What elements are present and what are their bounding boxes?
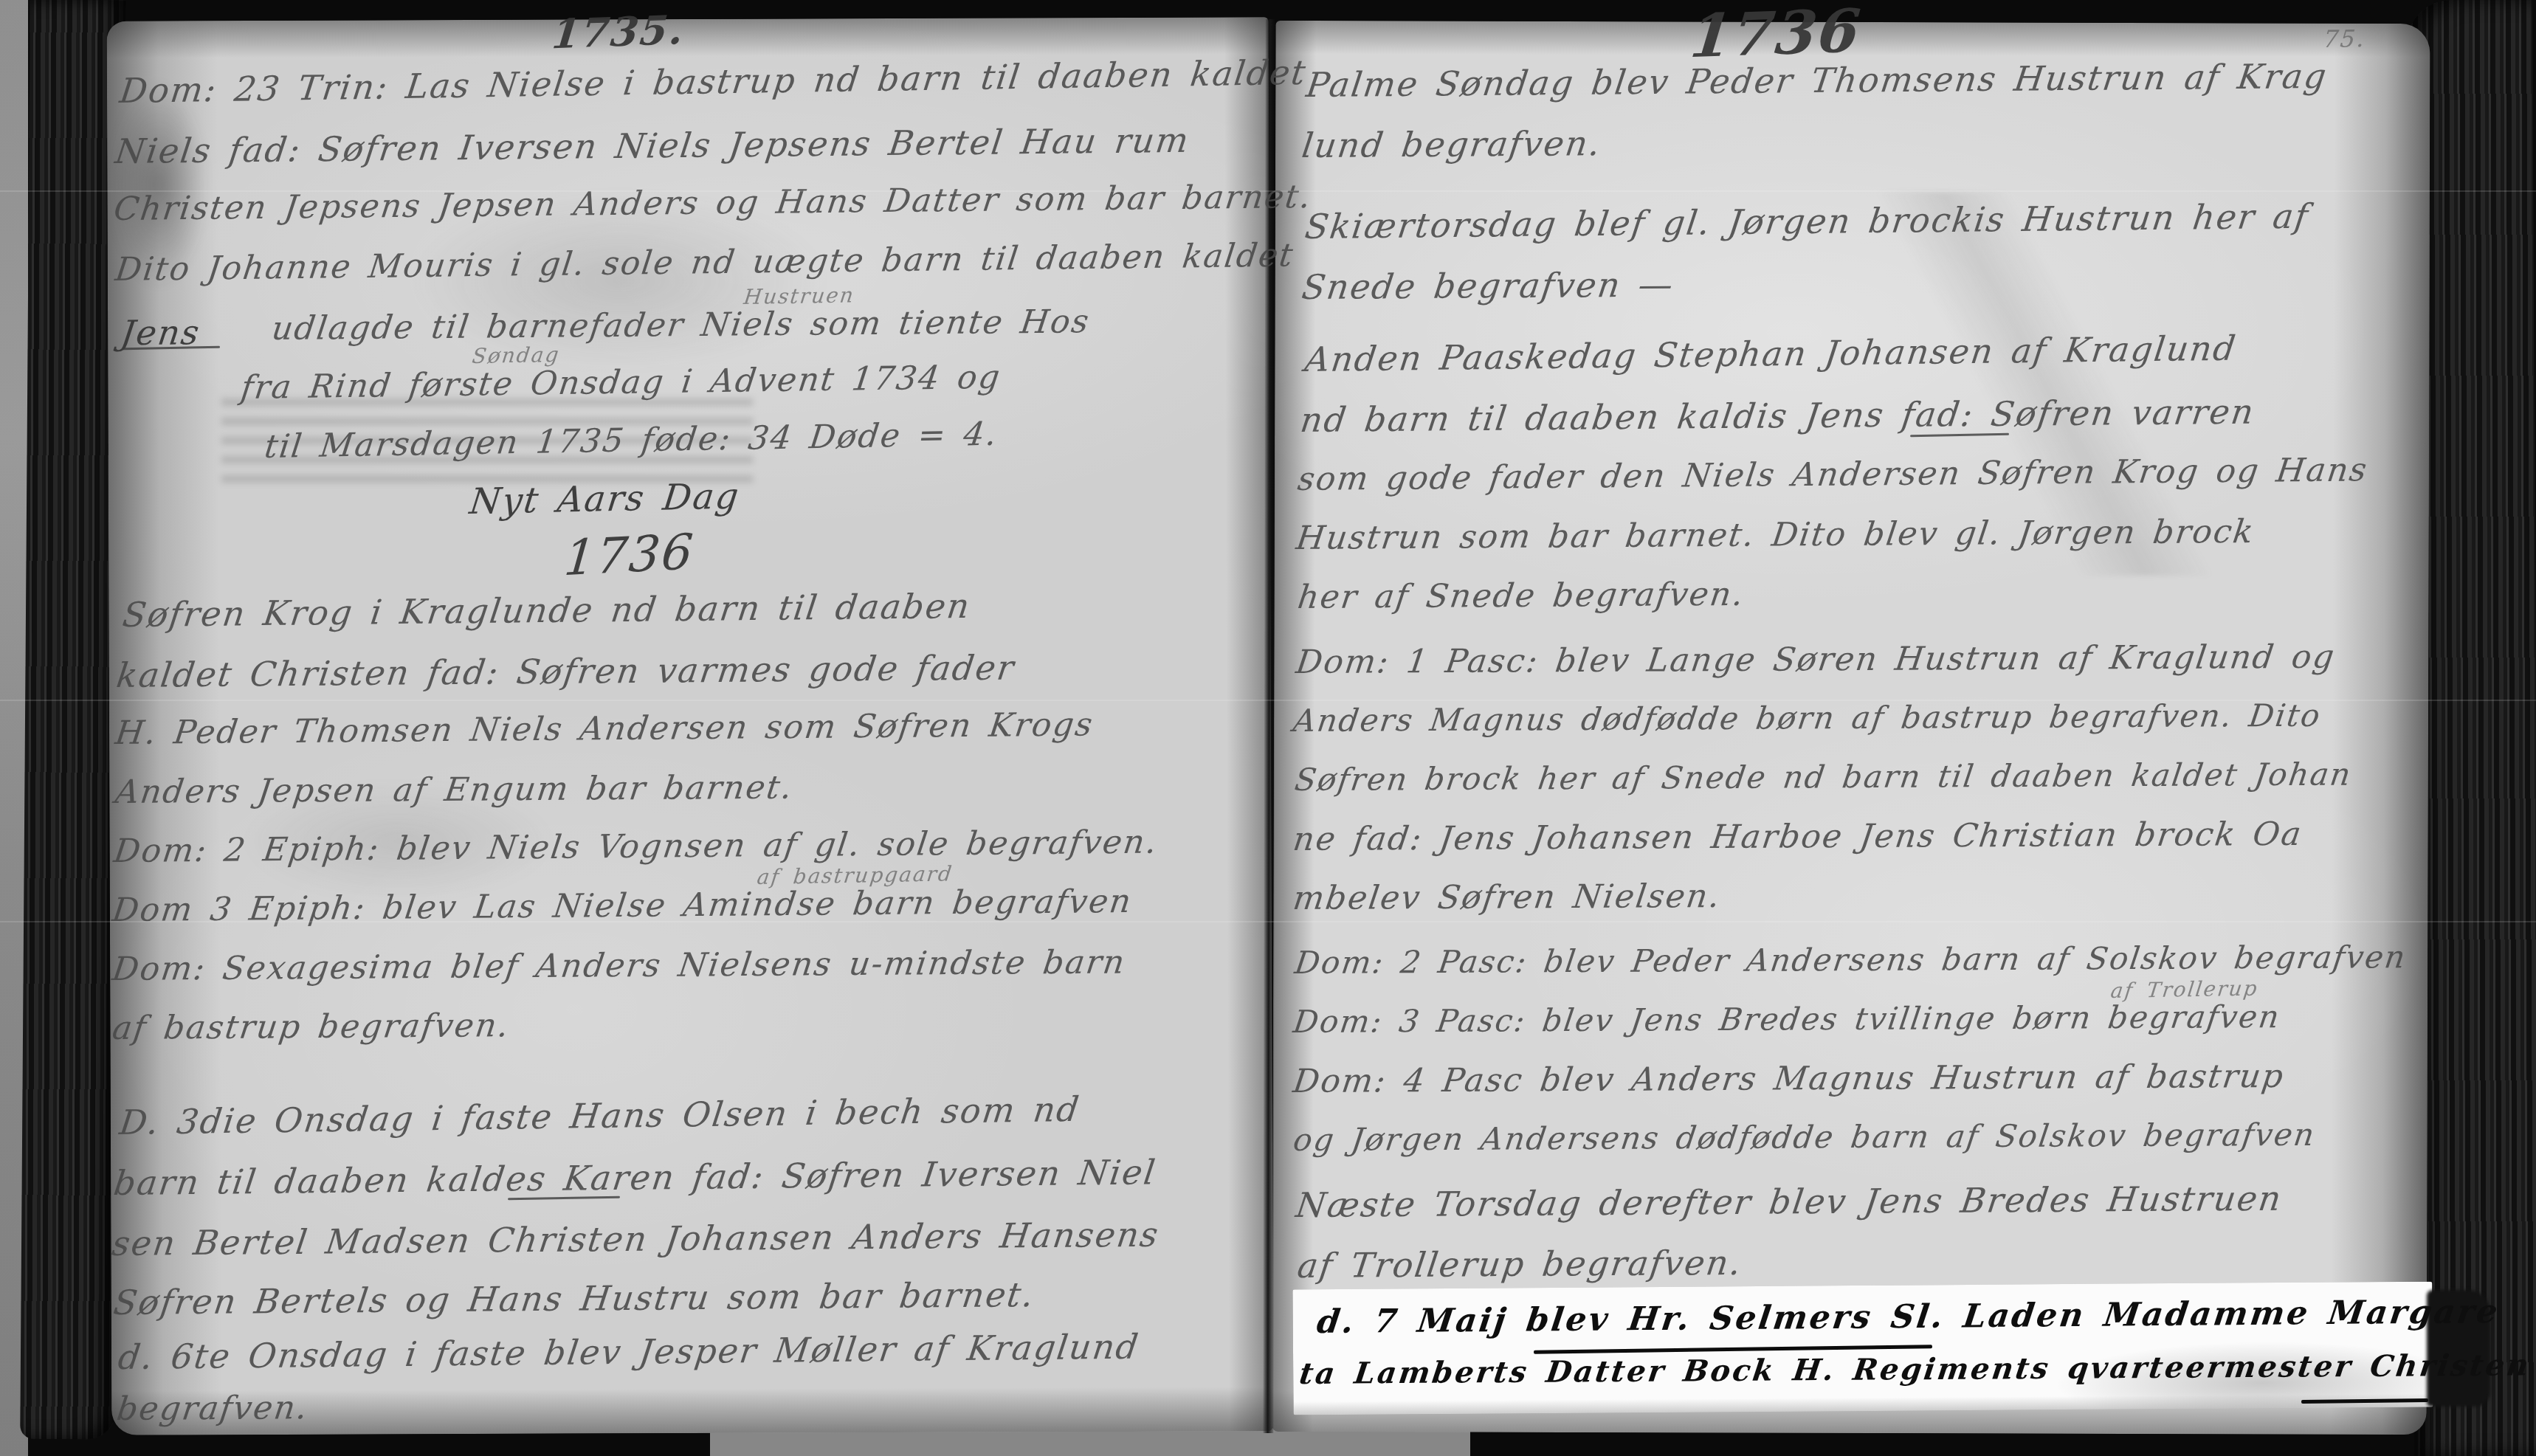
scan-artifact-blob [2427, 1290, 2490, 1407]
restored-contrast-strip [1292, 1282, 2433, 1415]
scan-line [0, 190, 2536, 192]
right-page [1272, 21, 2430, 1435]
book-photo: 1735. 1736 75. Dom: 23 Trin: Las Nielse … [0, 0, 2536, 1456]
scan-line [0, 921, 2536, 922]
scan-line [0, 700, 2536, 701]
left-page [107, 17, 1274, 1435]
